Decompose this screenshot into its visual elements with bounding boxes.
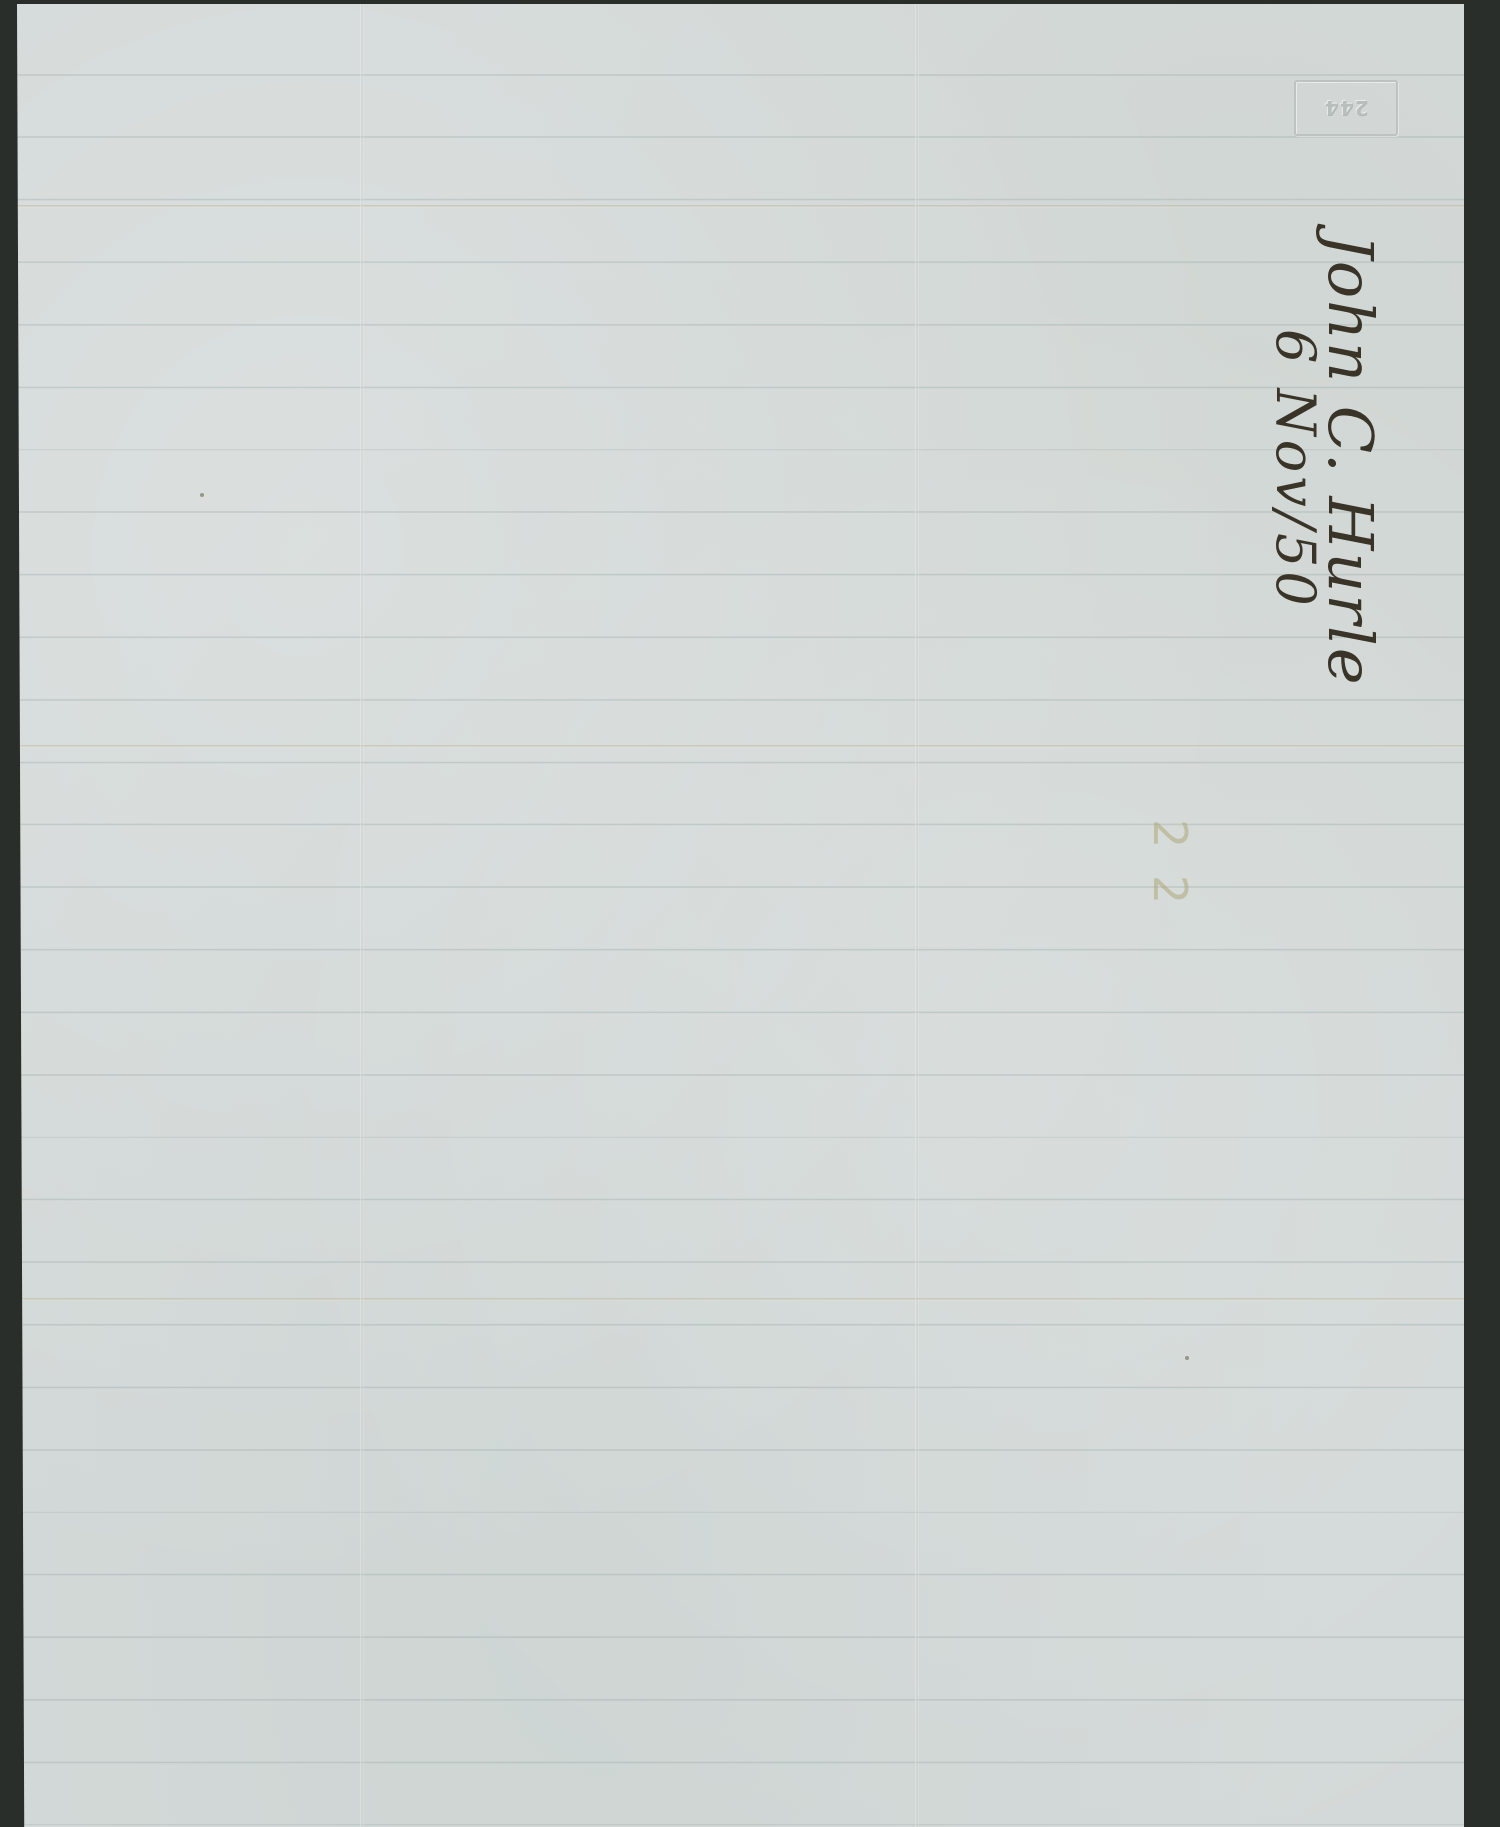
fold-line-vertical-1	[360, 4, 364, 1827]
docket-date: 6 Nov/50	[1264, 329, 1327, 610]
fold-line-horizontal-2	[17, 745, 1464, 748]
paper-speck	[1185, 1356, 1189, 1360]
letter-sheet: 244 John C. Hurle 6 Nov/50 2 2	[17, 4, 1464, 1827]
embossed-stamp-text: 244	[1324, 96, 1369, 120]
handwritten-docket: John C. Hurle 6 Nov/50	[1262, 234, 1412, 694]
ruled-lines	[17, 4, 1464, 1827]
faint-pencil-marks: 2 2	[1143, 819, 1197, 910]
fold-line-vertical-2	[915, 4, 919, 1827]
embossed-stamp: 244	[1294, 80, 1398, 136]
fold-line-horizontal-3	[17, 1298, 1464, 1301]
paper-speck	[200, 493, 204, 497]
fold-line-horizontal-1	[17, 205, 1464, 208]
